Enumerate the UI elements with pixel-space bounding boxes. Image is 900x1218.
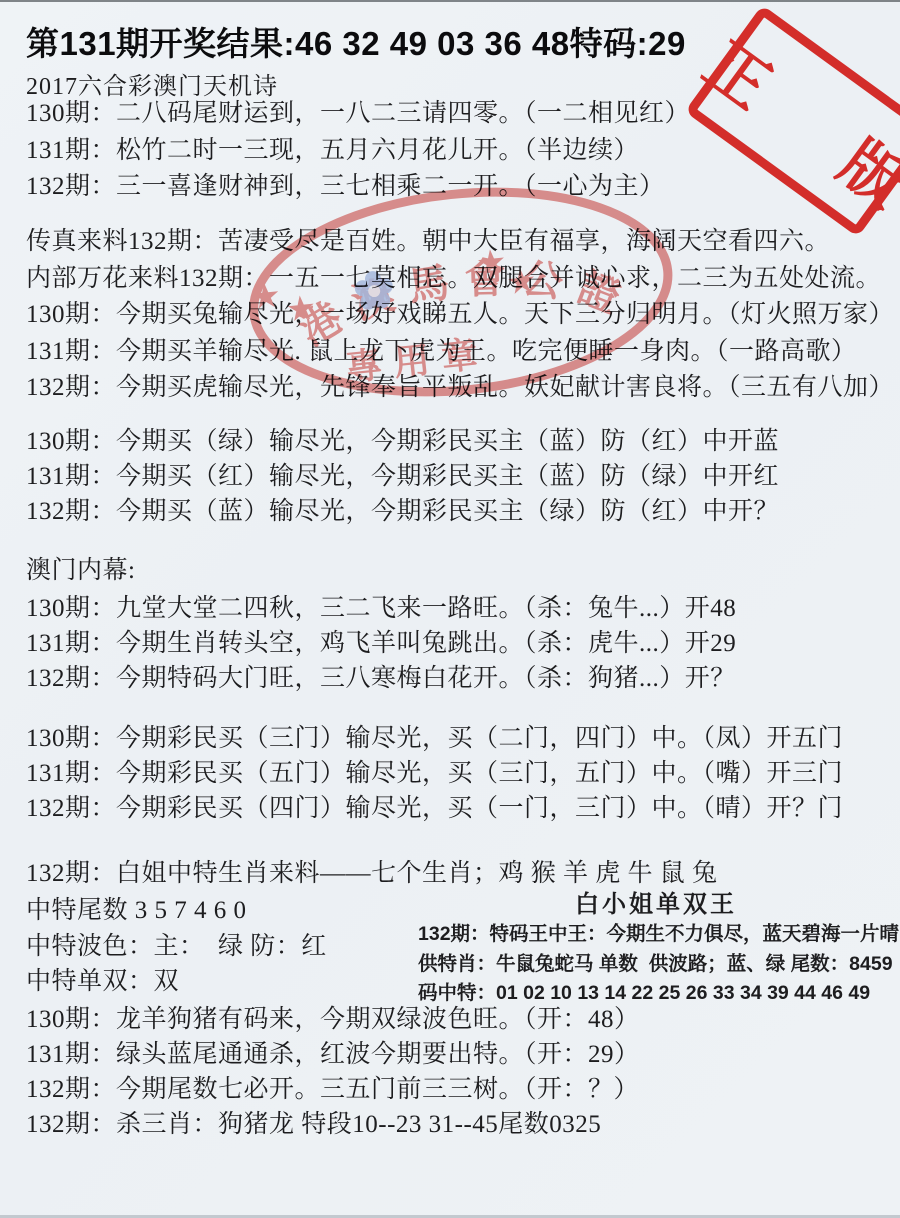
macau-line: 132期：今期特码大门旺，三八寒梅白花开。（杀：狗猪...）开？ [26, 661, 736, 696]
genuine-stamp: 正 版 [685, 5, 900, 238]
sister-line: 132期：特码王中王：今期生不力俱尽，蓝天碧海一片晴 [418, 921, 894, 949]
fax-section: 传真来料132期：苦凄受尽是百姓。朝中大臣有福享，海阔天空看四六。 内部万花来料… [26, 224, 894, 407]
color-tip-line: 131期：今期买（红）输尽光，今期彩民买主（蓝）防（绿）中开红 [26, 459, 779, 494]
sister-line: 供特肖：牛鼠兔蛇马 单数 供波路；蓝、绿 尾数：8459 [418, 951, 894, 979]
fax-line: 131期：今期买羊输尽光. 鼠上龙下虎为王。吃完便睡一身肉。（一路高歌） [26, 334, 894, 371]
macau-line: 130期：九堂大堂二四秋，三二飞来一路旺。（杀：兔牛...）开48 [26, 591, 736, 626]
door-line: 131期：今期彩民买（五门）输尽光，买（三门，五门）中。（嘴）开三门 [26, 756, 843, 791]
wave-line: 132期：杀三肖：狗猪龙 特段10--23 31--45尾数0325 [26, 1107, 640, 1142]
color-tip-line: 132期：今期买（蓝）输尽光，今期彩民买主（绿）防（红）中开？ [26, 494, 779, 529]
poem-line: 131期：松竹二时一三现，五月六月花儿开。（半边续） [26, 133, 690, 170]
door-line: 130期：今期彩民买（三门）输尽光，买（二门，四门）中。（凤）开五门 [26, 721, 843, 756]
poem-section: 130期：二八码尾财运到，一八二三请四零。（一二相见红） 131期：松竹二时一三… [26, 96, 690, 206]
sister-title: 白小姐单双王 [418, 884, 894, 919]
zodiac-left-column: 中特尾数 3 5 7 4 6 0 中特波色：主： 绿 防：红 中特单双：双 [26, 893, 327, 1000]
poem-line: 130期：二八码尾财运到，一八二三请四零。（一二相见红） [26, 96, 690, 133]
zodiac-detail-line: 中特单双：双 [26, 964, 327, 1000]
doors-section: 130期：今期彩民买（三门）输尽光，买（二门，四门）中。（凤）开五门 131期：… [26, 721, 843, 826]
macau-heading: 澳门内幕: [26, 553, 135, 590]
macau-line: 131期：今期生肖转头空，鸡飞羊叫兔跳出。（杀：虎牛...）开29 [26, 626, 736, 661]
page-title: 第131期开奖结果:46 32 49 03 36 48特码:29 [26, 18, 686, 65]
genuine-stamp-label: 正 版 [657, 0, 900, 249]
lottery-tip-sheet: 第131期开奖结果:46 32 49 03 36 48特码:29 2017六合彩… [0, 0, 900, 1218]
macau-section: 130期：九堂大堂二四秋，三二飞来一路旺。（杀：兔牛...）开48 131期：今… [26, 591, 736, 696]
wave-line: 130期：龙羊狗猪有码来，今期双绿波色旺。（开：48） [26, 1002, 640, 1037]
door-line: 132期：今期彩民买（四门）输尽光，买（一门，三门）中。（晴）开？门 [26, 791, 843, 826]
fax-line: 130期：今期买兔输尽光，一场好戏睇五人。天下三分归明月。（灯火照万家） [26, 297, 894, 334]
fax-line: 传真来料132期：苦凄受尽是百姓。朝中大臣有福享，海阔天空看四六。 [26, 224, 894, 261]
fax-line: 内部万花来料132期：一五一七莫相忘。双腿合并诚心求，二三为五处处流。 [26, 261, 894, 298]
poem-line: 132期：三一喜逢财神到，三七相乘二一开。（一心为主） [26, 169, 690, 206]
zodiac-detail-line: 中特波色：主： 绿 防：红 [26, 929, 327, 965]
wave-line: 132期：今期尾数七必开。三五门前三三树。（开：？） [26, 1072, 640, 1107]
fax-line: 132期：今期买虎输尽光，先锋奉旨平叛乱。妖妃献计害良将。（三五有八加） [26, 370, 894, 407]
color-tips-section: 130期：今期买（绿）输尽光，今期彩民买主（蓝）防（红）中开蓝 131期：今期买… [26, 424, 779, 529]
waves-section: 130期：龙羊狗猪有码来，今期双绿波色旺。（开：48） 131期：绿头蓝尾通通杀… [26, 1002, 640, 1142]
color-tip-line: 130期：今期买（绿）输尽光，今期彩民买主（蓝）防（红）中开蓝 [26, 424, 779, 459]
wave-line: 131期：绿头蓝尾通通杀，红波今期要出特。（开：29） [26, 1037, 640, 1072]
zodiac-detail-line: 中特尾数 3 5 7 4 6 0 [26, 893, 327, 929]
top-edge-line [0, 0, 900, 2]
sister-block: 白小姐单双王 132期：特码王中王：今期生不力俱尽，蓝天碧海一片晴 供特肖：牛鼠… [418, 884, 894, 1008]
